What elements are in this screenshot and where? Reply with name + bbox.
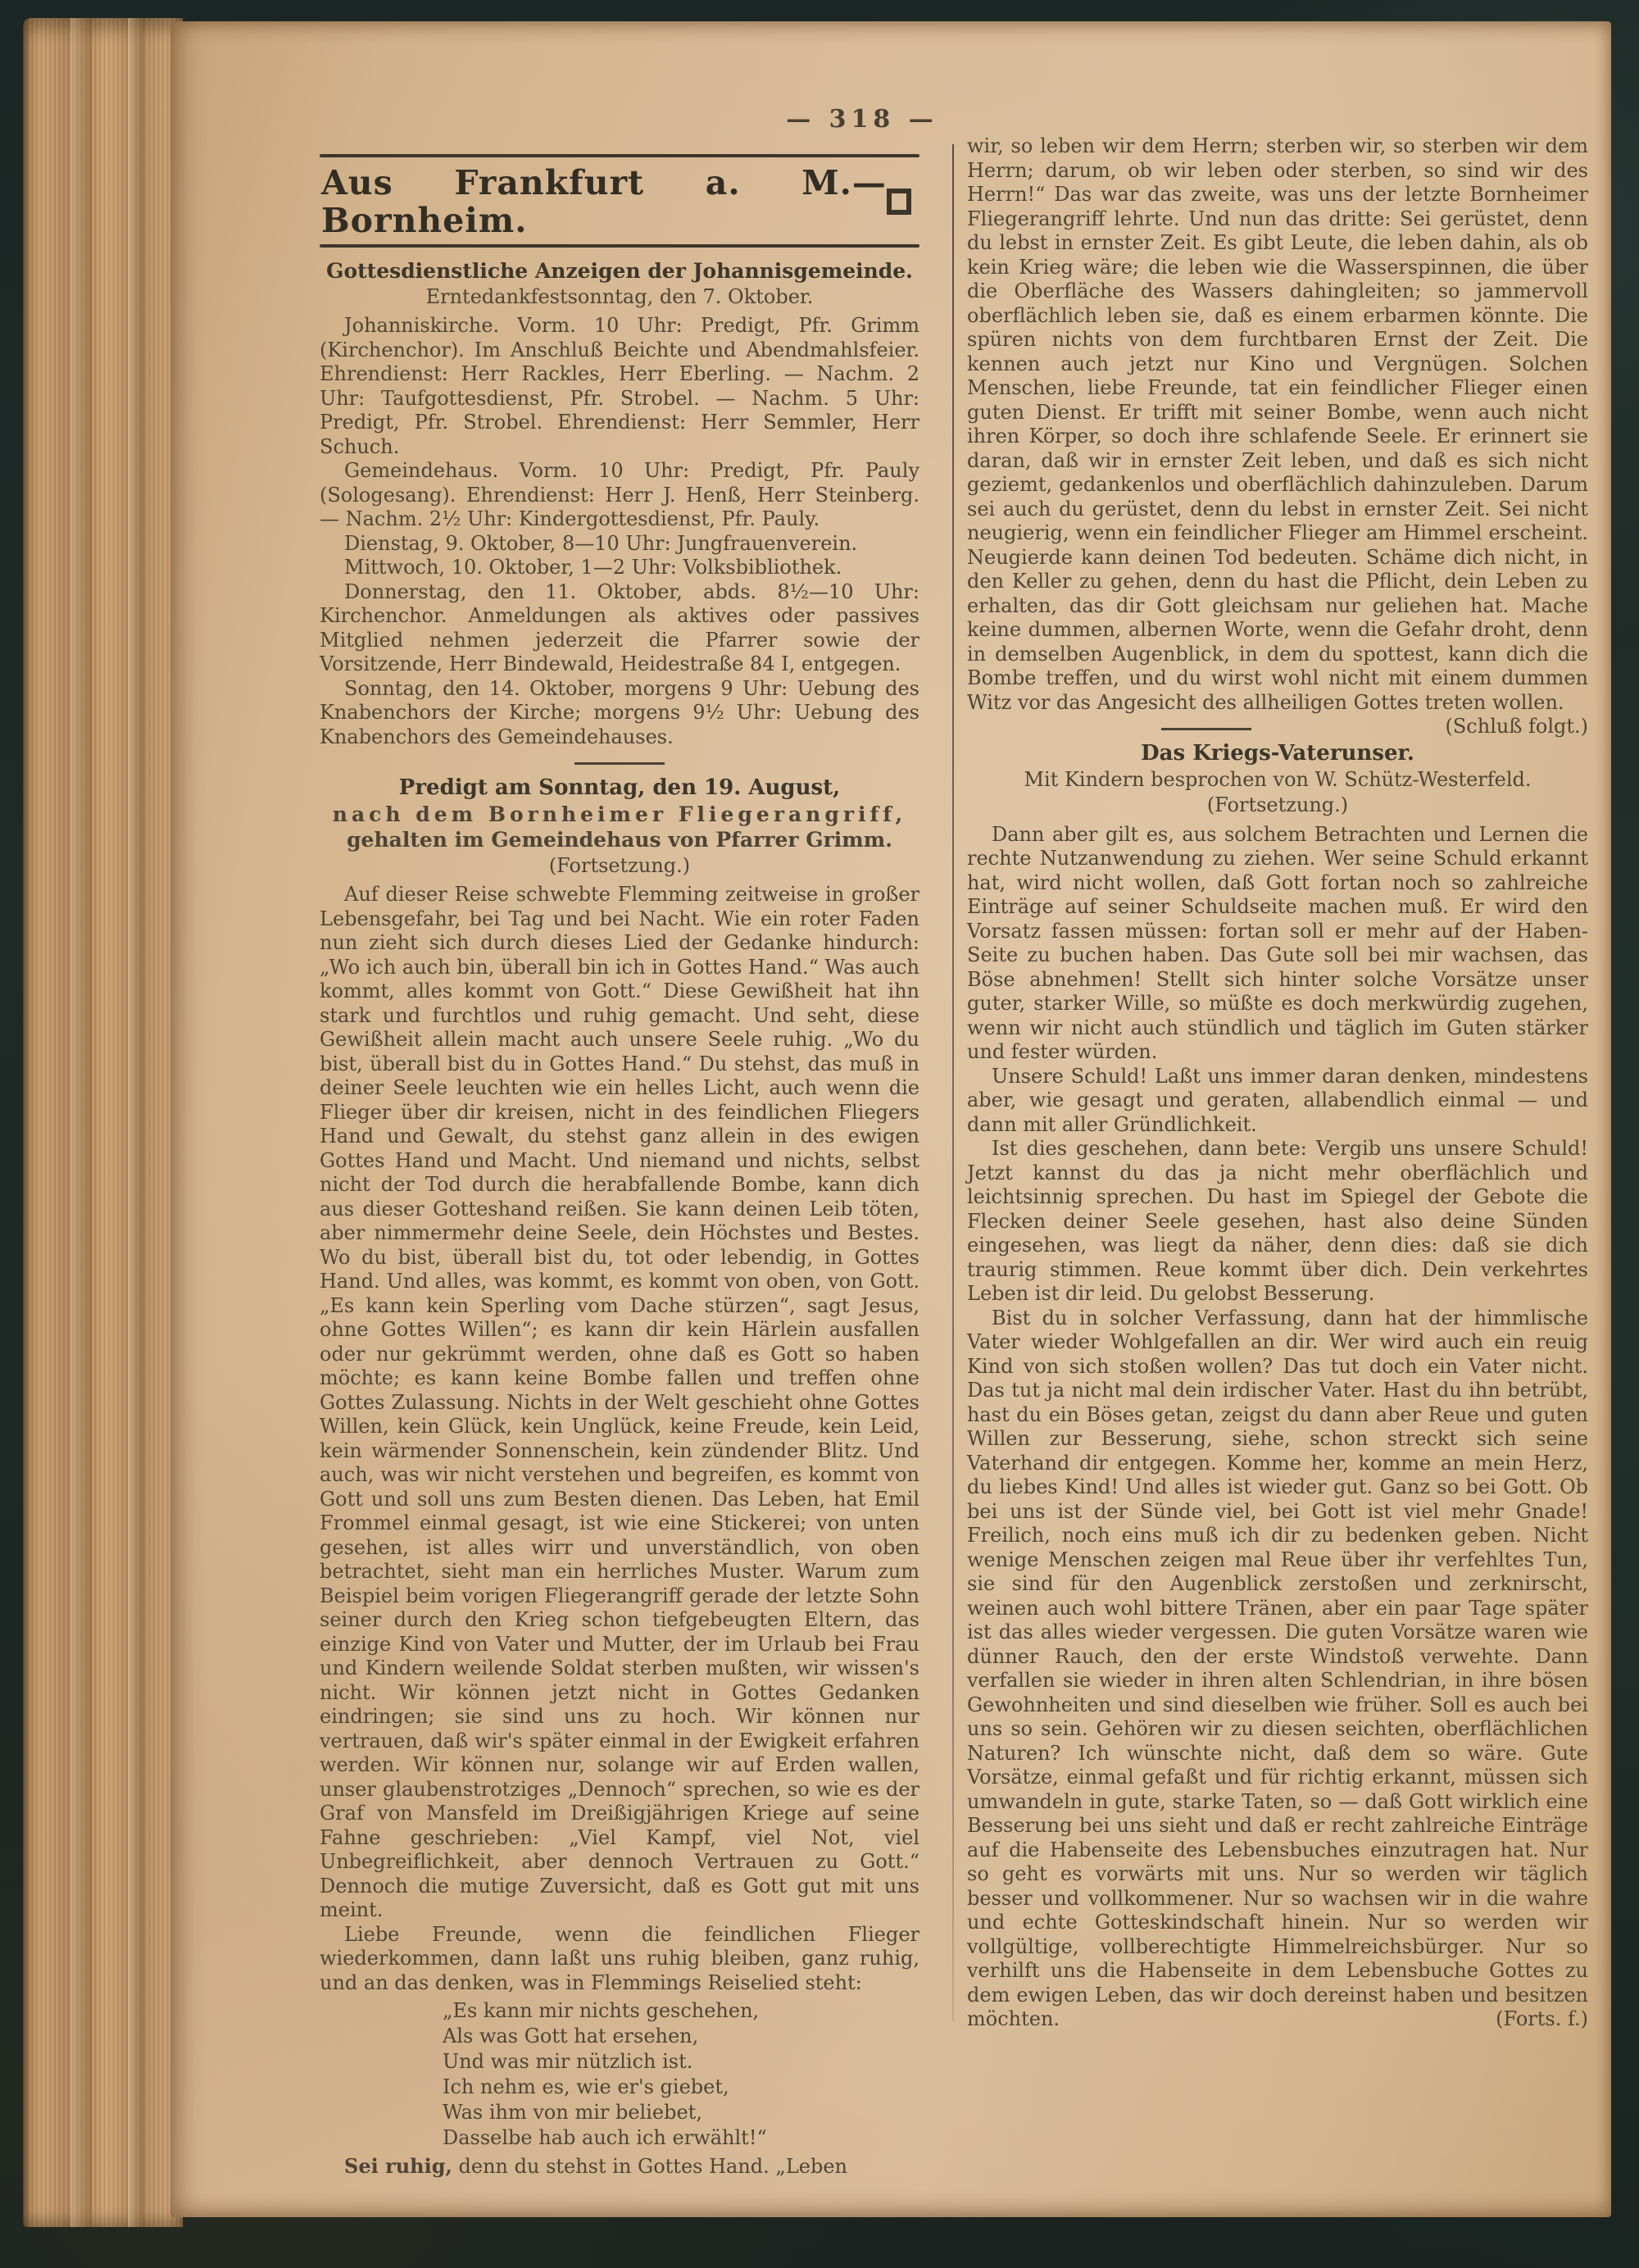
verse-line: Was ihm von mir beliebet, (443, 2100, 919, 2125)
square-mark-icon (887, 189, 911, 215)
headline-rule-bottom (320, 244, 919, 248)
predigt-continuation-note: (Fortsetzung.) (320, 854, 919, 879)
gottesdienst-subtitle: Erntedankfestsonntag, den 7. Oktober. (320, 285, 919, 310)
page-edge-ridge (70, 18, 92, 2227)
sermon-continuation-paragraph: wir, so leben wir dem Herrn; sterben wir… (967, 134, 1588, 715)
predigt-paragraph: Liebe Freunde, wenn die feindlichen Flie… (320, 1923, 919, 1996)
verse-line: „Es kann mir nichts geschehen, (443, 1998, 919, 2024)
verse-line: Dasselbe hab auch ich erwählt!“ (443, 2125, 919, 2151)
section-headline: Aus Frankfurt a. M.—Bornheim. (321, 164, 887, 239)
vaterunser-continuation-note: (Fortsetzung.) (967, 793, 1588, 818)
gottesdienst-title: Gottesdienstliche Anzeigen der Johannisg… (320, 259, 919, 284)
headline-box: Aus Frankfurt a. M.—Bornheim. (320, 154, 919, 248)
gottesdienst-paragraph: Gemeindehaus. Vorm. 10 Uhr: Predigt, Pfr… (320, 459, 919, 532)
hymn-verse: „Es kann mir nichts geschehen, Als was G… (443, 1998, 919, 2151)
verse-line: Und was mir nützlich ist. (443, 2049, 919, 2075)
gottesdienst-paragraph: Sonntag, den 14. Oktober, morgens 9 Uhr:… (320, 677, 919, 750)
predigt-title-line2: nach dem Bornheimer Fliegerangriff, (320, 802, 919, 827)
predigt-title-line3: gehalten im Gemeindehaus von Pfarrer Gri… (320, 828, 919, 852)
gottesdienst-paragraph: Johanniskirche. Vorm. 10 Uhr: Predigt, P… (320, 314, 919, 459)
right-column: wir, so leben wir dem Herrn; sterben wir… (967, 134, 1588, 2032)
scanned-page: — 318 — Aus Frankfurt a. M.—Bornheim. Go… (170, 21, 1611, 2217)
vaterunser-paragraph: Dann aber gilt es, aus solchem Betrachte… (967, 823, 1588, 1065)
gottesdienst-paragraph: Mittwoch, 10. Oktober, 1—2 Uhr: Volksbib… (320, 556, 919, 580)
schluss-folgt-note: (Schluß folgt.) (1445, 715, 1588, 739)
vaterunser-byline: Mit Kindern besprochen von W. Schütz-Wes… (967, 768, 1588, 793)
gottesdienst-paragraph: Dienstag, 9. Oktober, 8—10 Uhr: Jungfrau… (320, 532, 919, 557)
emphasis-text: Sei ruhig, (344, 2154, 452, 2178)
section-divider-rule (1161, 728, 1251, 730)
vaterunser-paragraph: Ist dies geschehen, dann bete: Vergib un… (967, 1137, 1588, 1307)
page-number: — 318 — (170, 105, 1554, 134)
verse-line: Ich nehm es, wie er's giebet, (443, 2075, 919, 2100)
verse-line: Als was Gott hat ersehen, (443, 2024, 919, 2049)
predigt-paragraph: Auf dieser Reise schwebte Flemming zeitw… (320, 883, 919, 1923)
paragraph-text: Bist du in solcher Verfassung, dann hat … (967, 1307, 1588, 2031)
vaterunser-paragraph: Unsere Schuld! Laßt uns immer daran denk… (967, 1065, 1588, 1138)
left-column: Aus Frankfurt a. M.—Bornheim. Gottesdien… (320, 154, 919, 2179)
book-page-edges (23, 18, 183, 2227)
page-edge-ridge (128, 18, 144, 2227)
vaterunser-paragraph: Bist du in solcher Verfassung, dann hat … (967, 1307, 1588, 2032)
closing-text: denn du stehst in Gottes Hand. „Leben (452, 2155, 847, 2178)
vaterunser-title: Das Kriegs-Vaterunser. (967, 742, 1588, 766)
column-divider-rule (952, 144, 954, 2021)
section-divider-rule (574, 762, 665, 765)
gottesdienst-paragraph: Donnerstag, den 11. Oktober, abds. 8½—10… (320, 580, 919, 677)
forts-note: (Forts. f.) (1471, 2007, 1588, 2032)
predigt-title-line1: Predigt am Sonntag, den 19. August, (320, 776, 919, 801)
paragraph-text: wir, so leben wir dem Herrn; sterben wir… (967, 134, 1588, 714)
predigt-closing-line: Sei ruhig, denn du stehst in Gottes Hand… (320, 2154, 919, 2179)
